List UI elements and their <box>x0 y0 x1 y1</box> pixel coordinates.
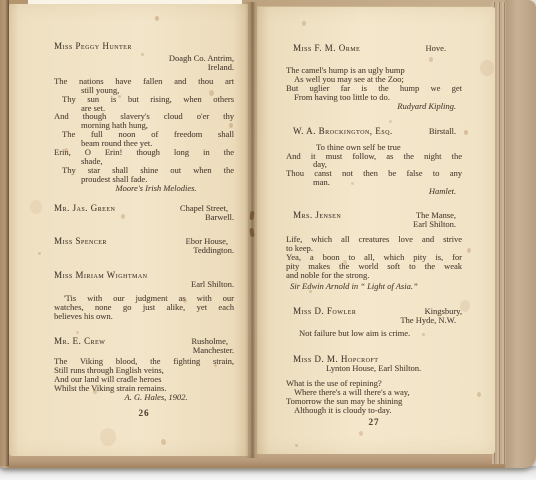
quote-line: Although it is cloudy to-day. <box>286 406 462 415</box>
right-page: Miss F. M. Orme Hove. The camel's hump i… <box>257 6 495 454</box>
quote-attribution: Moore's Irish Melodies. <box>54 184 234 193</box>
entry-quote: 'Tis with our judgment as with our watch… <box>54 294 234 321</box>
quote-attribution: Sir Edwin Arnold in “ Light of Asia.” <box>286 282 462 291</box>
entry-name: Mr. E. Crew <box>54 336 105 346</box>
entry-name: Miss Spencer <box>54 236 107 246</box>
entry-name: Miss Peggy Hunter <box>54 41 132 51</box>
entry-quote: Not failure but low aim is crime. <box>286 329 462 338</box>
quote-line: believes his own. <box>54 312 234 321</box>
entry-name: Mr. Jas. Green <box>54 203 115 213</box>
quote-line: and noble for the strong. <box>286 271 462 280</box>
entry-address-line: Birstall. <box>429 127 462 136</box>
entry-address-line: Hove. <box>425 44 462 53</box>
entry-miriam-wightman: Miss Miriam Wightman Earl Shilton. 'Tis … <box>54 270 234 322</box>
entry-quote: To thine own self be true And it must fo… <box>286 143 462 188</box>
entry-peggy-hunter: Miss Peggy Hunter Doagh Co. Antrim, Irel… <box>54 41 234 193</box>
entry-name: W. A. Brockington, Esq. <box>286 126 393 136</box>
book-scan: Miss Peggy Hunter Doagh Co. Antrim, Irel… <box>0 0 536 480</box>
entry-address-line: Ireland. <box>54 63 234 72</box>
entry-quote: The nations have fallen and thou art sti… <box>54 77 234 184</box>
entry-brockington: W. A. Brockington, Esq. Birstall. To thi… <box>286 126 462 197</box>
quote-attribution: A. G. Hales, 1902. <box>54 393 234 402</box>
left-page-text: Miss Peggy Hunter Doagh Co. Antrim, Irel… <box>54 41 234 418</box>
entry-address-line: Earl Shilton. <box>286 220 462 229</box>
entry-quote: The Viking blood, the fighting strain, S… <box>54 357 234 393</box>
entry-spencer: Miss Spencer Ebor House, Teddington. <box>54 236 234 255</box>
entry-quote: Life, which all creatures love and striv… <box>286 235 462 280</box>
entry-address-line: Teddington. <box>54 246 234 255</box>
scanner-background <box>0 466 536 480</box>
page-number-left: 26 <box>54 409 234 418</box>
quote-line: Not failure but low aim is crime. <box>286 329 462 338</box>
entry-orme: Miss F. M. Orme Hove. The camel's hump i… <box>286 43 462 111</box>
entry-address-line: Doagh Co. Antrim, <box>54 54 234 63</box>
entry-e-crew: Mr. E. Crew Rusholme, Manchester. The Vi… <box>54 336 234 402</box>
book-cover-left-edge <box>0 0 9 466</box>
entry-name: Mrs. Jensen <box>286 210 341 220</box>
entry-fowler: Miss D. Fowler Kingsbury, The Hyde, N.W.… <box>286 306 462 338</box>
entry-quote: The camel's hump is an ugly bump As well… <box>286 66 462 102</box>
quote-attribution: Hamlet. <box>286 187 462 196</box>
entry-name: Miss Miriam Wightman <box>54 270 148 280</box>
book-cover-right-edge <box>505 0 536 468</box>
entry-address-line: Manchester. <box>54 346 234 355</box>
entry-address-line: The Hyde, N.W. <box>286 316 462 325</box>
entry-address-line: Earl Shilton. <box>54 280 234 289</box>
left-page: Miss Peggy Hunter Doagh Co. Antrim, Irel… <box>9 4 248 456</box>
entry-hopcroft: Miss D. M. Hopcroft Lynton House, Earl S… <box>286 354 462 415</box>
entry-name: Miss D. Fowler <box>286 306 356 316</box>
quote-attribution: Rudyard Kipling. <box>286 102 462 111</box>
entry-jas-green: Mr. Jas. Green Chapel Street, Barwell. <box>54 203 234 222</box>
right-page-text: Miss F. M. Orme Hove. The camel's hump i… <box>286 42 462 427</box>
page-number-right: 27 <box>286 418 462 427</box>
entry-quote: What is the use of repining? Where there… <box>286 379 462 415</box>
entry-jensen: Mrs. Jensen The Manse, Earl Shilton. Lif… <box>286 210 462 290</box>
entry-name: Miss F. M. Orme <box>286 43 360 53</box>
entry-address-line: Barwell. <box>54 213 234 222</box>
entry-address-line: Lynton House, Earl Shilton. <box>286 364 462 373</box>
